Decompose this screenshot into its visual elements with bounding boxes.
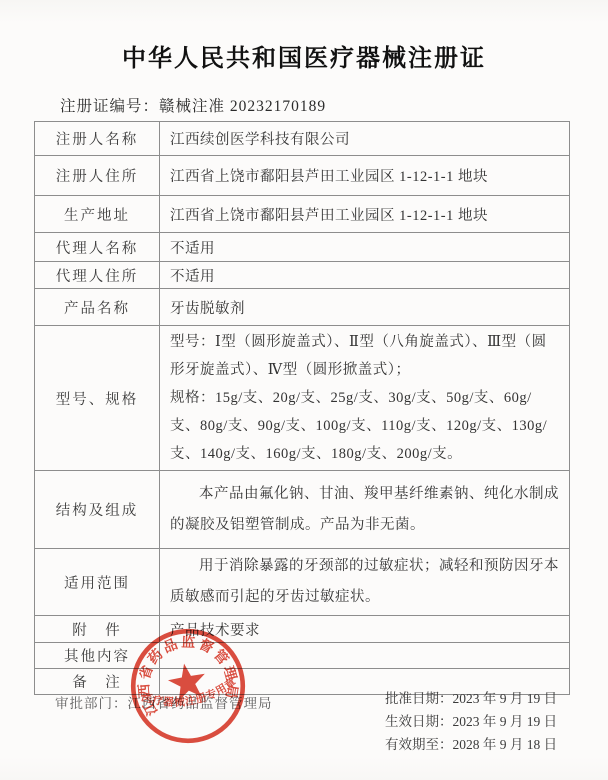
- row-label: 注册人住所: [35, 156, 160, 196]
- row-value: 不适用: [160, 262, 570, 289]
- approval-dept-label: 审批部门：: [55, 696, 128, 711]
- table-row-attachment: 附 件 产品技术要求: [35, 616, 570, 643]
- table-row-production-address: 生产地址 江西省上饶市鄱阳县芦田工业园区 1-12-1-1 地块: [35, 196, 570, 233]
- spec-line: 规格：15g/支、20g/支、25g/支、30g/支、50g/支、60g/支、8…: [170, 384, 559, 468]
- row-value: 江西省上饶市鄱阳县芦田工业园区 1-12-1-1 地块: [160, 196, 570, 233]
- table-row-product-name: 产品名称 牙齿脱敏剂: [35, 289, 570, 326]
- certificate-page: 中华人民共和国医疗器械注册证 注册证编号：赣械注准 20232170189 注册…: [0, 0, 608, 780]
- table-row-agent-address: 代理人住所 不适用: [35, 262, 570, 289]
- table-row-agent-name: 代理人名称 不适用: [35, 233, 570, 262]
- table-row-registrant-name: 注册人名称 江西续创医学科技有限公司: [35, 122, 570, 156]
- row-label: 注册人名称: [35, 122, 160, 156]
- official-stamp-icon: 江西省药品监督管理局 医疗器械注册专用章: [126, 624, 250, 748]
- row-value: 江西续创医学科技有限公司: [160, 122, 570, 156]
- row-label: 代理人名称: [35, 233, 160, 262]
- table-row-scope: 适用范围 用于消除暴露的牙颈部的过敏症状；减轻和预防因牙本质敏感而引起的牙齿过敏…: [35, 549, 570, 616]
- row-value: 江西省上饶市鄱阳县芦田工业园区 1-12-1-1 地块: [160, 156, 570, 196]
- row-value: 用于消除暴露的牙颈部的过敏症状；减轻和预防因牙本质敏感而引起的牙齿过敏症状。: [160, 549, 570, 616]
- effective-date-label: 生效日期：: [385, 714, 453, 729]
- certificate-table: 注册人名称 江西续创医学科技有限公司 注册人住所 江西省上饶市鄱阳县芦田工业园区…: [34, 121, 570, 695]
- expiry-date-row: 有效期至：2028 年 9 月 18 日: [385, 733, 557, 756]
- table-row-model-spec: 型号、规格 型号：Ⅰ型（圆形旋盖式）、Ⅱ型（八角旋盖式）、Ⅲ型（圆形牙旋盖式）、…: [35, 326, 570, 471]
- expiry-date-label: 有效期至：: [385, 737, 453, 752]
- approval-date-value: 2023 年 9 月 19 日: [453, 691, 558, 706]
- page-title: 中华人民共和国医疗器械注册证: [0, 38, 608, 73]
- structure-text: 本产品由氟化钠、甘油、羧甲基纤维素钠、纯化水制成的凝胶及铝塑管制成。产品为非无菌…: [170, 479, 559, 541]
- row-label: 结构及组成: [35, 471, 160, 549]
- table-row-structure: 结构及组成 本产品由氟化钠、甘油、羧甲基纤维素钠、纯化水制成的凝胶及铝塑管制成。…: [35, 471, 570, 549]
- effective-date-row: 生效日期：2023 年 9 月 19 日: [385, 710, 557, 733]
- row-label: 生产地址: [35, 196, 160, 233]
- table-row-other-content: 其他内容: [35, 643, 570, 669]
- expiry-date-value: 2028 年 9 月 18 日: [453, 737, 558, 752]
- row-label: 适用范围: [35, 549, 160, 616]
- cert-number-label: 注册证编号：: [60, 98, 159, 115]
- approval-date-label: 批准日期：: [385, 691, 453, 706]
- cert-number-value: 赣械注准 20232170189: [159, 98, 326, 115]
- row-value: 牙齿脱敏剂: [160, 289, 570, 326]
- scope-text: 用于消除暴露的牙颈部的过敏症状；减轻和预防因牙本质敏感而引起的牙齿过敏症状。: [170, 551, 559, 613]
- footer-dates: 批准日期：2023 年 9 月 19 日 生效日期：2023 年 9 月 19 …: [385, 687, 557, 756]
- approval-date-row: 批准日期：2023 年 9 月 19 日: [385, 687, 557, 710]
- cert-number-line: 注册证编号：赣械注准 20232170189: [60, 94, 326, 116]
- row-value: 本产品由氟化钠、甘油、羧甲基纤维素钠、纯化水制成的凝胶及铝塑管制成。产品为非无菌…: [160, 471, 570, 549]
- row-label: 代理人住所: [35, 262, 160, 289]
- row-label: 型号、规格: [35, 326, 160, 471]
- row-label: 产品名称: [35, 289, 160, 326]
- model-line: 型号：Ⅰ型（圆形旋盖式）、Ⅱ型（八角旋盖式）、Ⅲ型（圆形牙旋盖式）、Ⅳ型（圆形掀…: [170, 328, 559, 384]
- table-row-registrant-address: 注册人住所 江西省上饶市鄱阳县芦田工业园区 1-12-1-1 地块: [35, 156, 570, 196]
- row-value: 不适用: [160, 233, 570, 262]
- row-value: 型号：Ⅰ型（圆形旋盖式）、Ⅱ型（八角旋盖式）、Ⅲ型（圆形牙旋盖式）、Ⅳ型（圆形掀…: [160, 326, 570, 471]
- effective-date-value: 2023 年 9 月 19 日: [453, 714, 558, 729]
